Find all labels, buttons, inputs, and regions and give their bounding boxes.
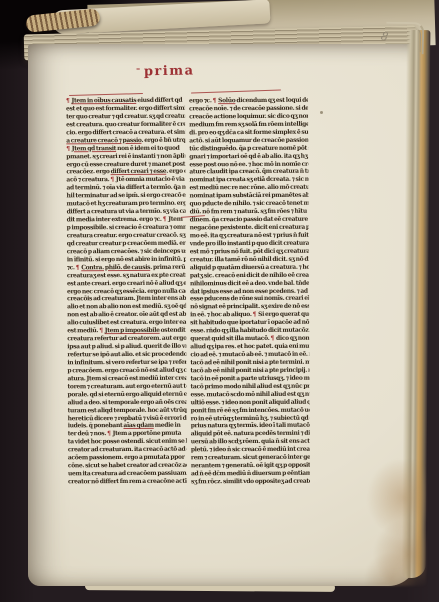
text-line: aliquid p quatām diuersū a creatura. ⁊ h… (190, 263, 309, 272)
rubric-paragraph-mark: ¶ (99, 327, 103, 334)
foxing-speck (320, 111, 323, 114)
text-line: di. pro eo qʒ dc̄a ca sit forme simplex … (189, 128, 308, 137)
text-line: actō. si aūt loquamur de creacōe passion… (189, 136, 308, 145)
rubric-paragraph-mark: ¶ (107, 430, 111, 437)
text-line: ¶ Jtem qd̄ transit non ē idem ei to quod (66, 144, 185, 153)
text-line: porale. qd̄ si eternū ergo aliquid etern… (68, 390, 187, 399)
rubric-paragraph-mark: ¶ (163, 216, 167, 223)
text-line: gnari ⁊ importari oē qd̄ ē ab alio. ita … (189, 152, 308, 161)
rubric-paragraph-mark: ¶ (66, 97, 70, 104)
right-text-column: ergo ⁊c. ¶ Solūo dicendum qʒ est loqui d… (189, 97, 310, 487)
text-line: creator nō differt fm rem a creacōne act… (68, 478, 187, 487)
text-line: sʒ fm rōcz. similit̄ vdo oppositeʒ ad cr… (191, 478, 310, 487)
rubric-paragraph-mark: ¶ (110, 176, 114, 183)
text-line: ultiō esse. ⁊ ideo non ponit aliquid ali… (191, 398, 310, 407)
rubric-paragraph-mark: ¶ (271, 335, 275, 342)
rubric-paragraph-mark: ¶ (66, 145, 70, 152)
rubric-paragraph-mark: ¶ (253, 311, 257, 318)
text-line: tūc distinguēdo. q̄a p creature nomē pōt… (189, 144, 308, 153)
rubric-underlined-text: Jtem p impossibile (105, 327, 160, 334)
running-title-mark: - (136, 61, 142, 76)
rubric-paragraph-mark: ¶ (213, 97, 217, 104)
text-line: tacō primo modo nihil aliud est qʒ nūc p… (190, 382, 309, 391)
text-line: est ante creari. ergo creari nō ē aliud … (67, 279, 186, 288)
text-line: aliud a deo. si temporale ergo añ oēs cr… (68, 398, 187, 407)
rubric-underlined-text: a creature creacō ⁊ passio (66, 137, 141, 144)
rubric-underlined-text: aīas qd̄am (123, 422, 153, 429)
left-text-column: ¶ Jtem in oībus causatis eiusd̄ differt … (66, 97, 187, 487)
text-line: pmanet. sʒ creari rei ē instanti ⁊ non ā… (66, 152, 185, 161)
text-line: ⁊c. ¶ Contra. philō. de causis. prima re… (67, 263, 186, 272)
water-stain (338, 460, 426, 586)
rubric-underlined-text: Jtem in oībus causatis (71, 97, 136, 104)
running-title: -prima (136, 63, 195, 79)
text-line: torem ⁊ creaturam. aut ergo eternū aut t… (67, 382, 186, 391)
text-line: a creature creacō ⁊ passio. ergo ē bn̄ u… (66, 136, 185, 145)
text-line: esse. mutacō scd̄o mō nihil aliud est qʒ… (191, 390, 310, 399)
rubric-underlined-text: differt creari ⁊ esse (111, 168, 167, 175)
rubric-underlined-text: Jtem qd̄ transit (72, 145, 116, 152)
top-right-page-corners (386, 22, 425, 55)
rubric-underlined-text: Contra. philō. de causis (81, 264, 150, 271)
text-line: creaturaʒ est esse. sʒ natura ex pte cre… (67, 271, 186, 280)
running-title-text: prima (144, 63, 195, 79)
rubric-underlined-text: Solūo (218, 97, 235, 104)
text-line: turam est aliqd̄ temporale. hoc aūt vtrū… (68, 406, 187, 415)
text-line: nihilominus dicit eē a deo. vnde bal. tn… (190, 279, 309, 288)
rubric-paragraph-mark: ¶ (76, 264, 80, 271)
text-line: creatur. illa tamē rō nō nihil dicit. sʒ… (190, 255, 309, 264)
text-line: ponit fm rē eē sʒ fm intencōes. mutacō u… (191, 406, 310, 415)
text-line: patʒ sic. creacō eni dicit de nihilo eē … (190, 271, 309, 280)
